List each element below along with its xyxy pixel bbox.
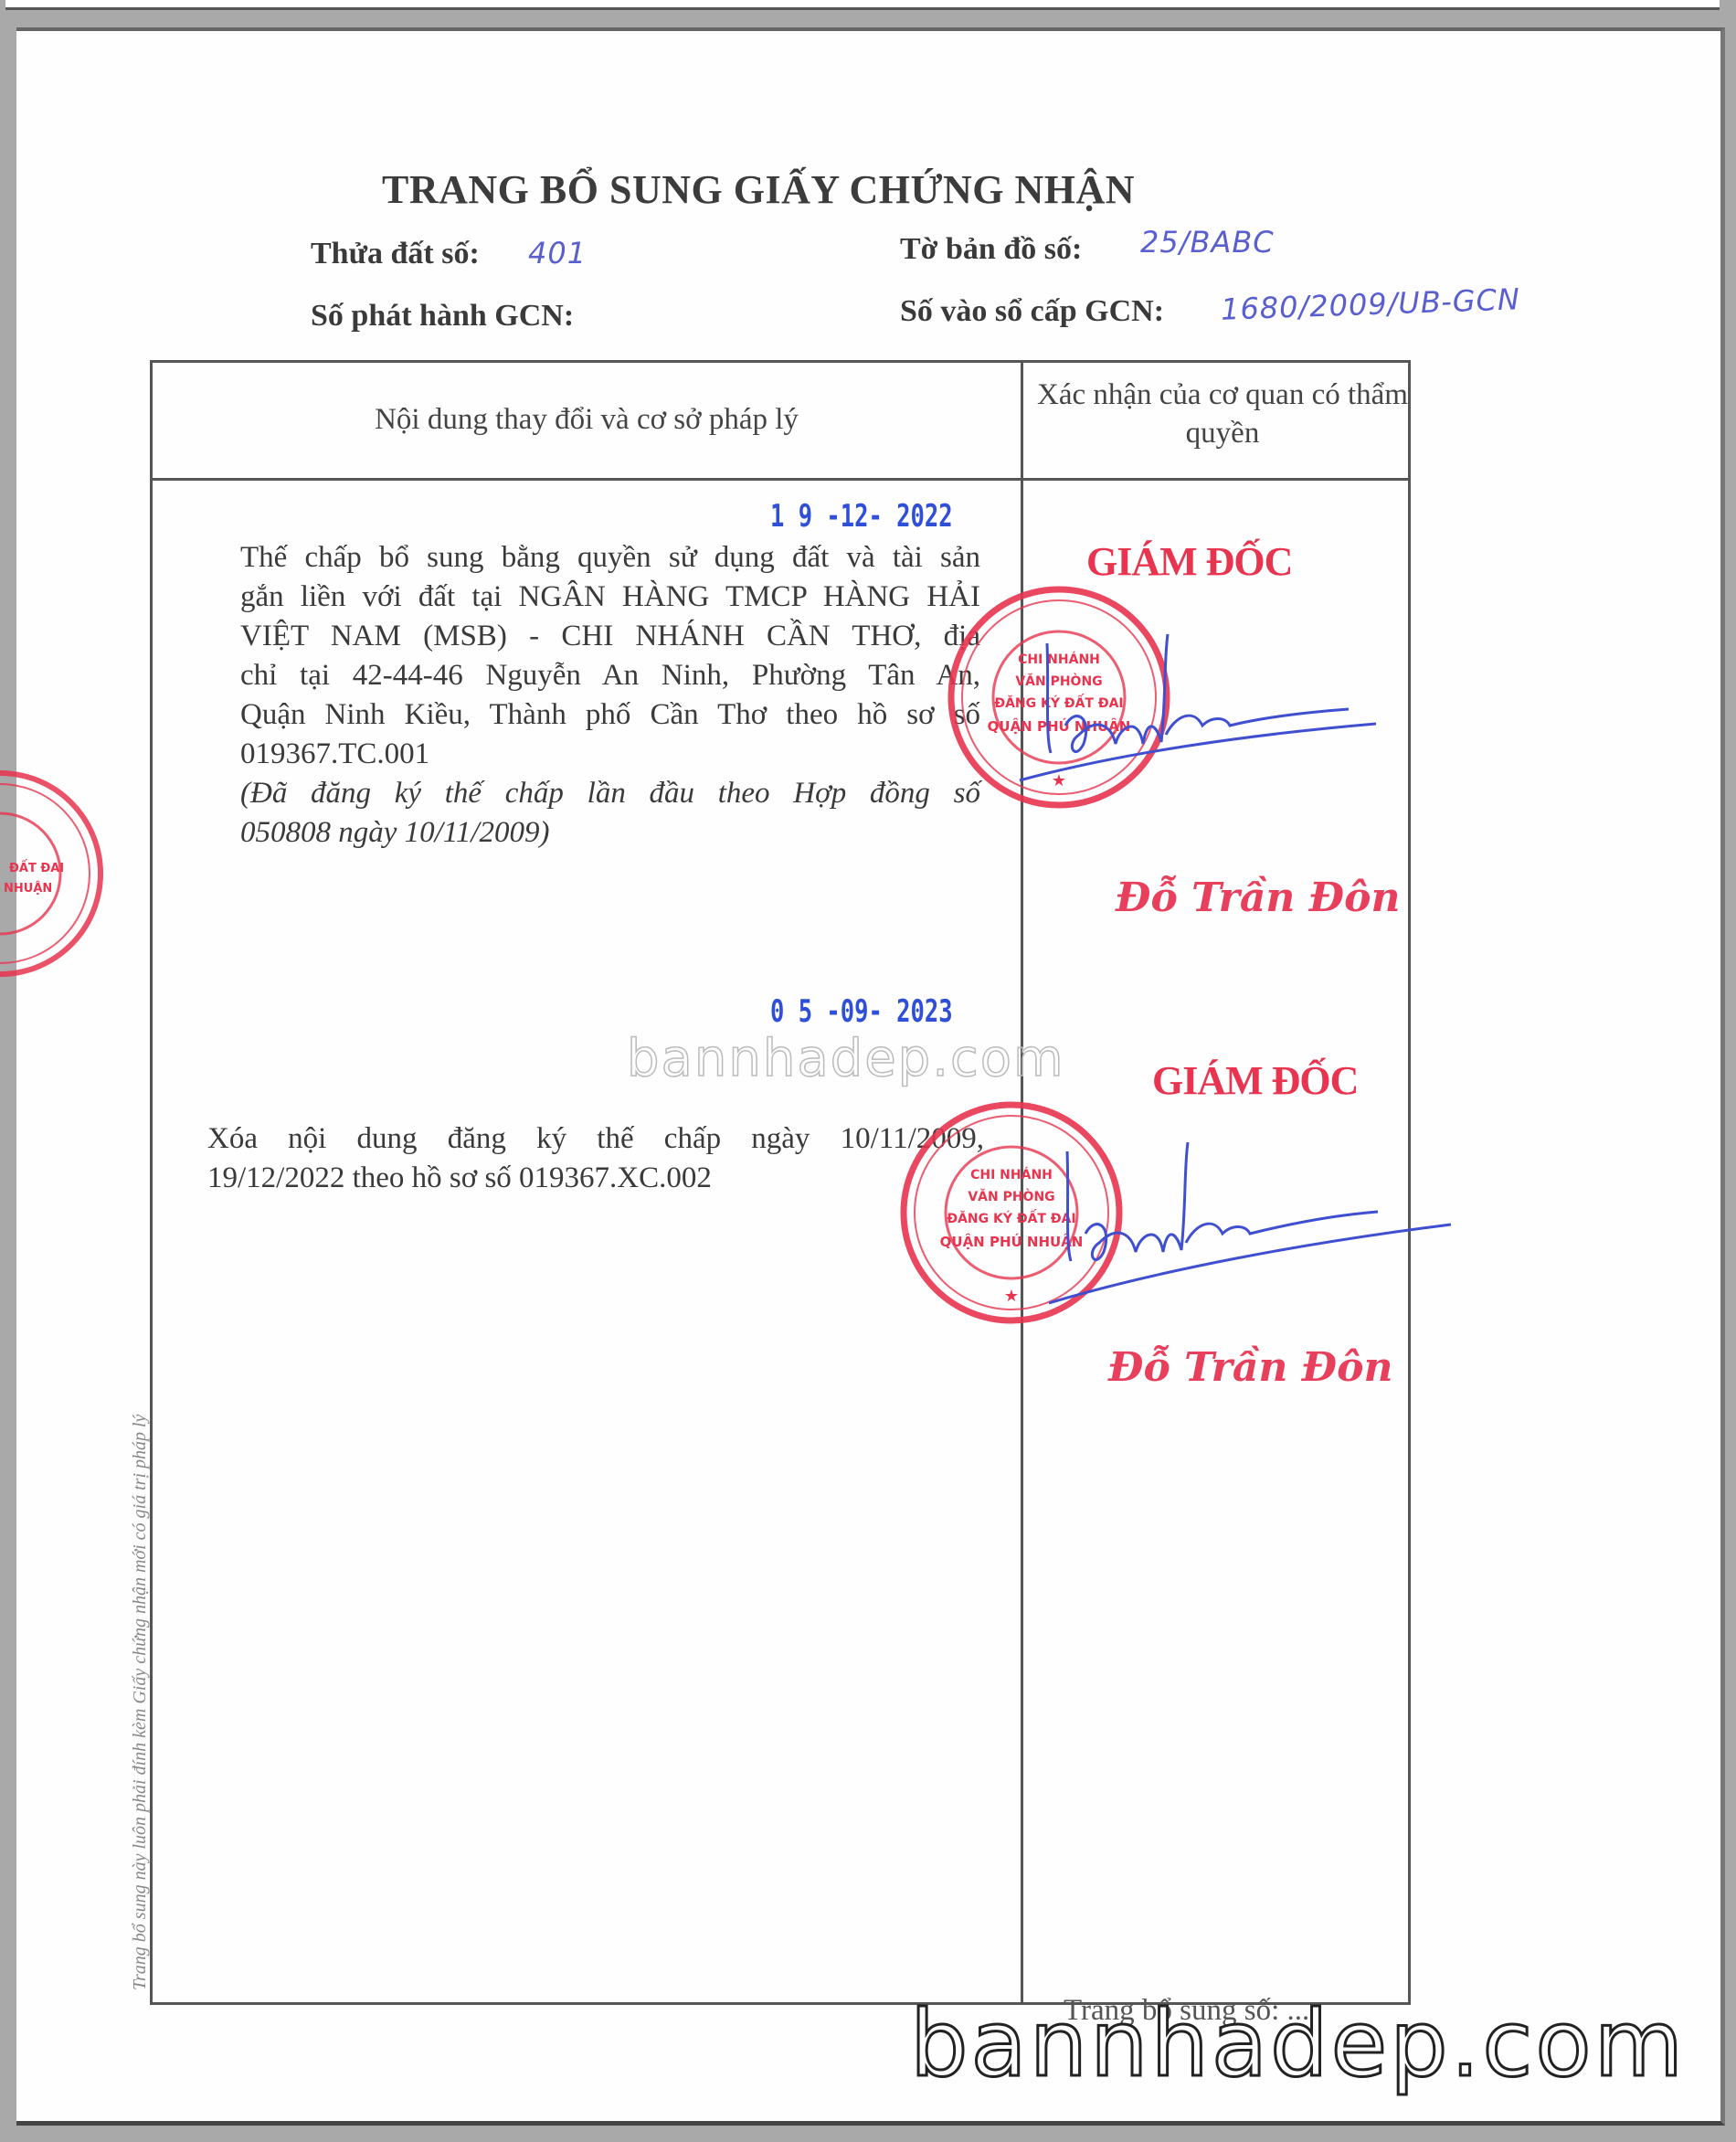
entry-2-signer-title: GIÁM ĐỐC	[1152, 1057, 1358, 1104]
partial-seal-icon: ĐẤT ĐAI NHUẬN	[0, 755, 110, 992]
entry-2-signer-name: Đỗ Trần Đôn	[1108, 1344, 1392, 1391]
previous-page-edge	[5, 0, 1720, 10]
signature-icon	[1011, 616, 1394, 799]
page-title: TRANG BỔ SUNG GIẤY CHỨNG NHẬN	[382, 166, 1135, 213]
entry-1-line: gắn liền với đất tại NGÂN HÀNG TMCP HÀNG…	[240, 578, 980, 617]
entry-1-signer-title: GIÁM ĐỐC	[1086, 538, 1292, 585]
document-page: TRANG BỔ SUNG GIẤY CHỨNG NHẬN Thửa đất s…	[16, 27, 1725, 2126]
svg-text:NHUẬN: NHUẬN	[4, 881, 52, 896]
entry-2-content: Xóa nội dung đăng ký thế chấp ngày 10/11…	[207, 1119, 984, 1198]
column-header-content: Nội dung thay đổi và cơ sở pháp lý	[153, 403, 1021, 437]
entry-1-line: chỉ tại 42-44-46 Nguyễn An Ninh, Phường …	[240, 656, 980, 695]
signature-icon	[1031, 1124, 1460, 1316]
so-vao-so-value: 1680/2009/UB-GCN	[1220, 281, 1520, 326]
entry-1-line: 019367.TC.001	[240, 735, 980, 774]
so-phat-hanh-label: Số phát hành GCN:	[311, 299, 574, 334]
header-divider	[153, 478, 1408, 481]
entry-2-date-stamp: 0 5 -09- 2023	[770, 993, 953, 1030]
entry-2-line: Xóa nội dung đăng ký thế chấp ngày 10/11…	[207, 1119, 984, 1159]
entry-1-line: Thế chấp bổ sung bằng quyền sử dụng đất …	[240, 538, 980, 578]
to-ban-do-label: Tờ bản đồ số:	[900, 232, 1082, 267]
to-ban-do-value: 25/BABC	[1140, 225, 1275, 260]
entry-1-line: Quận Ninh Kiều, Thành phố Cần Thơ theo h…	[240, 695, 980, 735]
entry-1-signer-name: Đỗ Trần Đôn	[1116, 875, 1400, 921]
thua-dat-label: Thửa đất số:	[311, 237, 480, 271]
watermark-small: bannhadep.com	[627, 1029, 1065, 1088]
side-note: Trang bổ sung này luôn phải đính kèm Giấ…	[130, 1415, 151, 1990]
svg-text:★: ★	[1004, 1287, 1019, 1305]
entry-1-date-stamp: 1 9 -12- 2022	[770, 498, 953, 535]
column-header-confirmation: Xác nhận của cơ quan có thẩm quyền	[1035, 376, 1410, 452]
watermark-large: bannhadep.com	[910, 1990, 1686, 2097]
entry-1-note: (Đã đăng ký thế chấp lần đầu theo Hợp đồ…	[240, 774, 980, 813]
so-vao-so-label: Số vào sổ cấp GCN:	[900, 294, 1164, 329]
svg-text:ĐẤT ĐAI: ĐẤT ĐAI	[9, 859, 64, 875]
entry-2-line: 19/12/2022 theo hồ sơ số 019367.XC.002	[207, 1159, 984, 1198]
entry-1-line: VIỆT NAM (MSB) - CHI NHÁNH CẦN THƠ, địa	[240, 617, 980, 656]
entry-1-content: Thế chấp bổ sung bằng quyền sử dụng đất …	[240, 538, 980, 853]
thua-dat-value: 401	[528, 236, 587, 270]
entry-1-note: 050808 ngày 10/11/2009)	[240, 813, 980, 853]
